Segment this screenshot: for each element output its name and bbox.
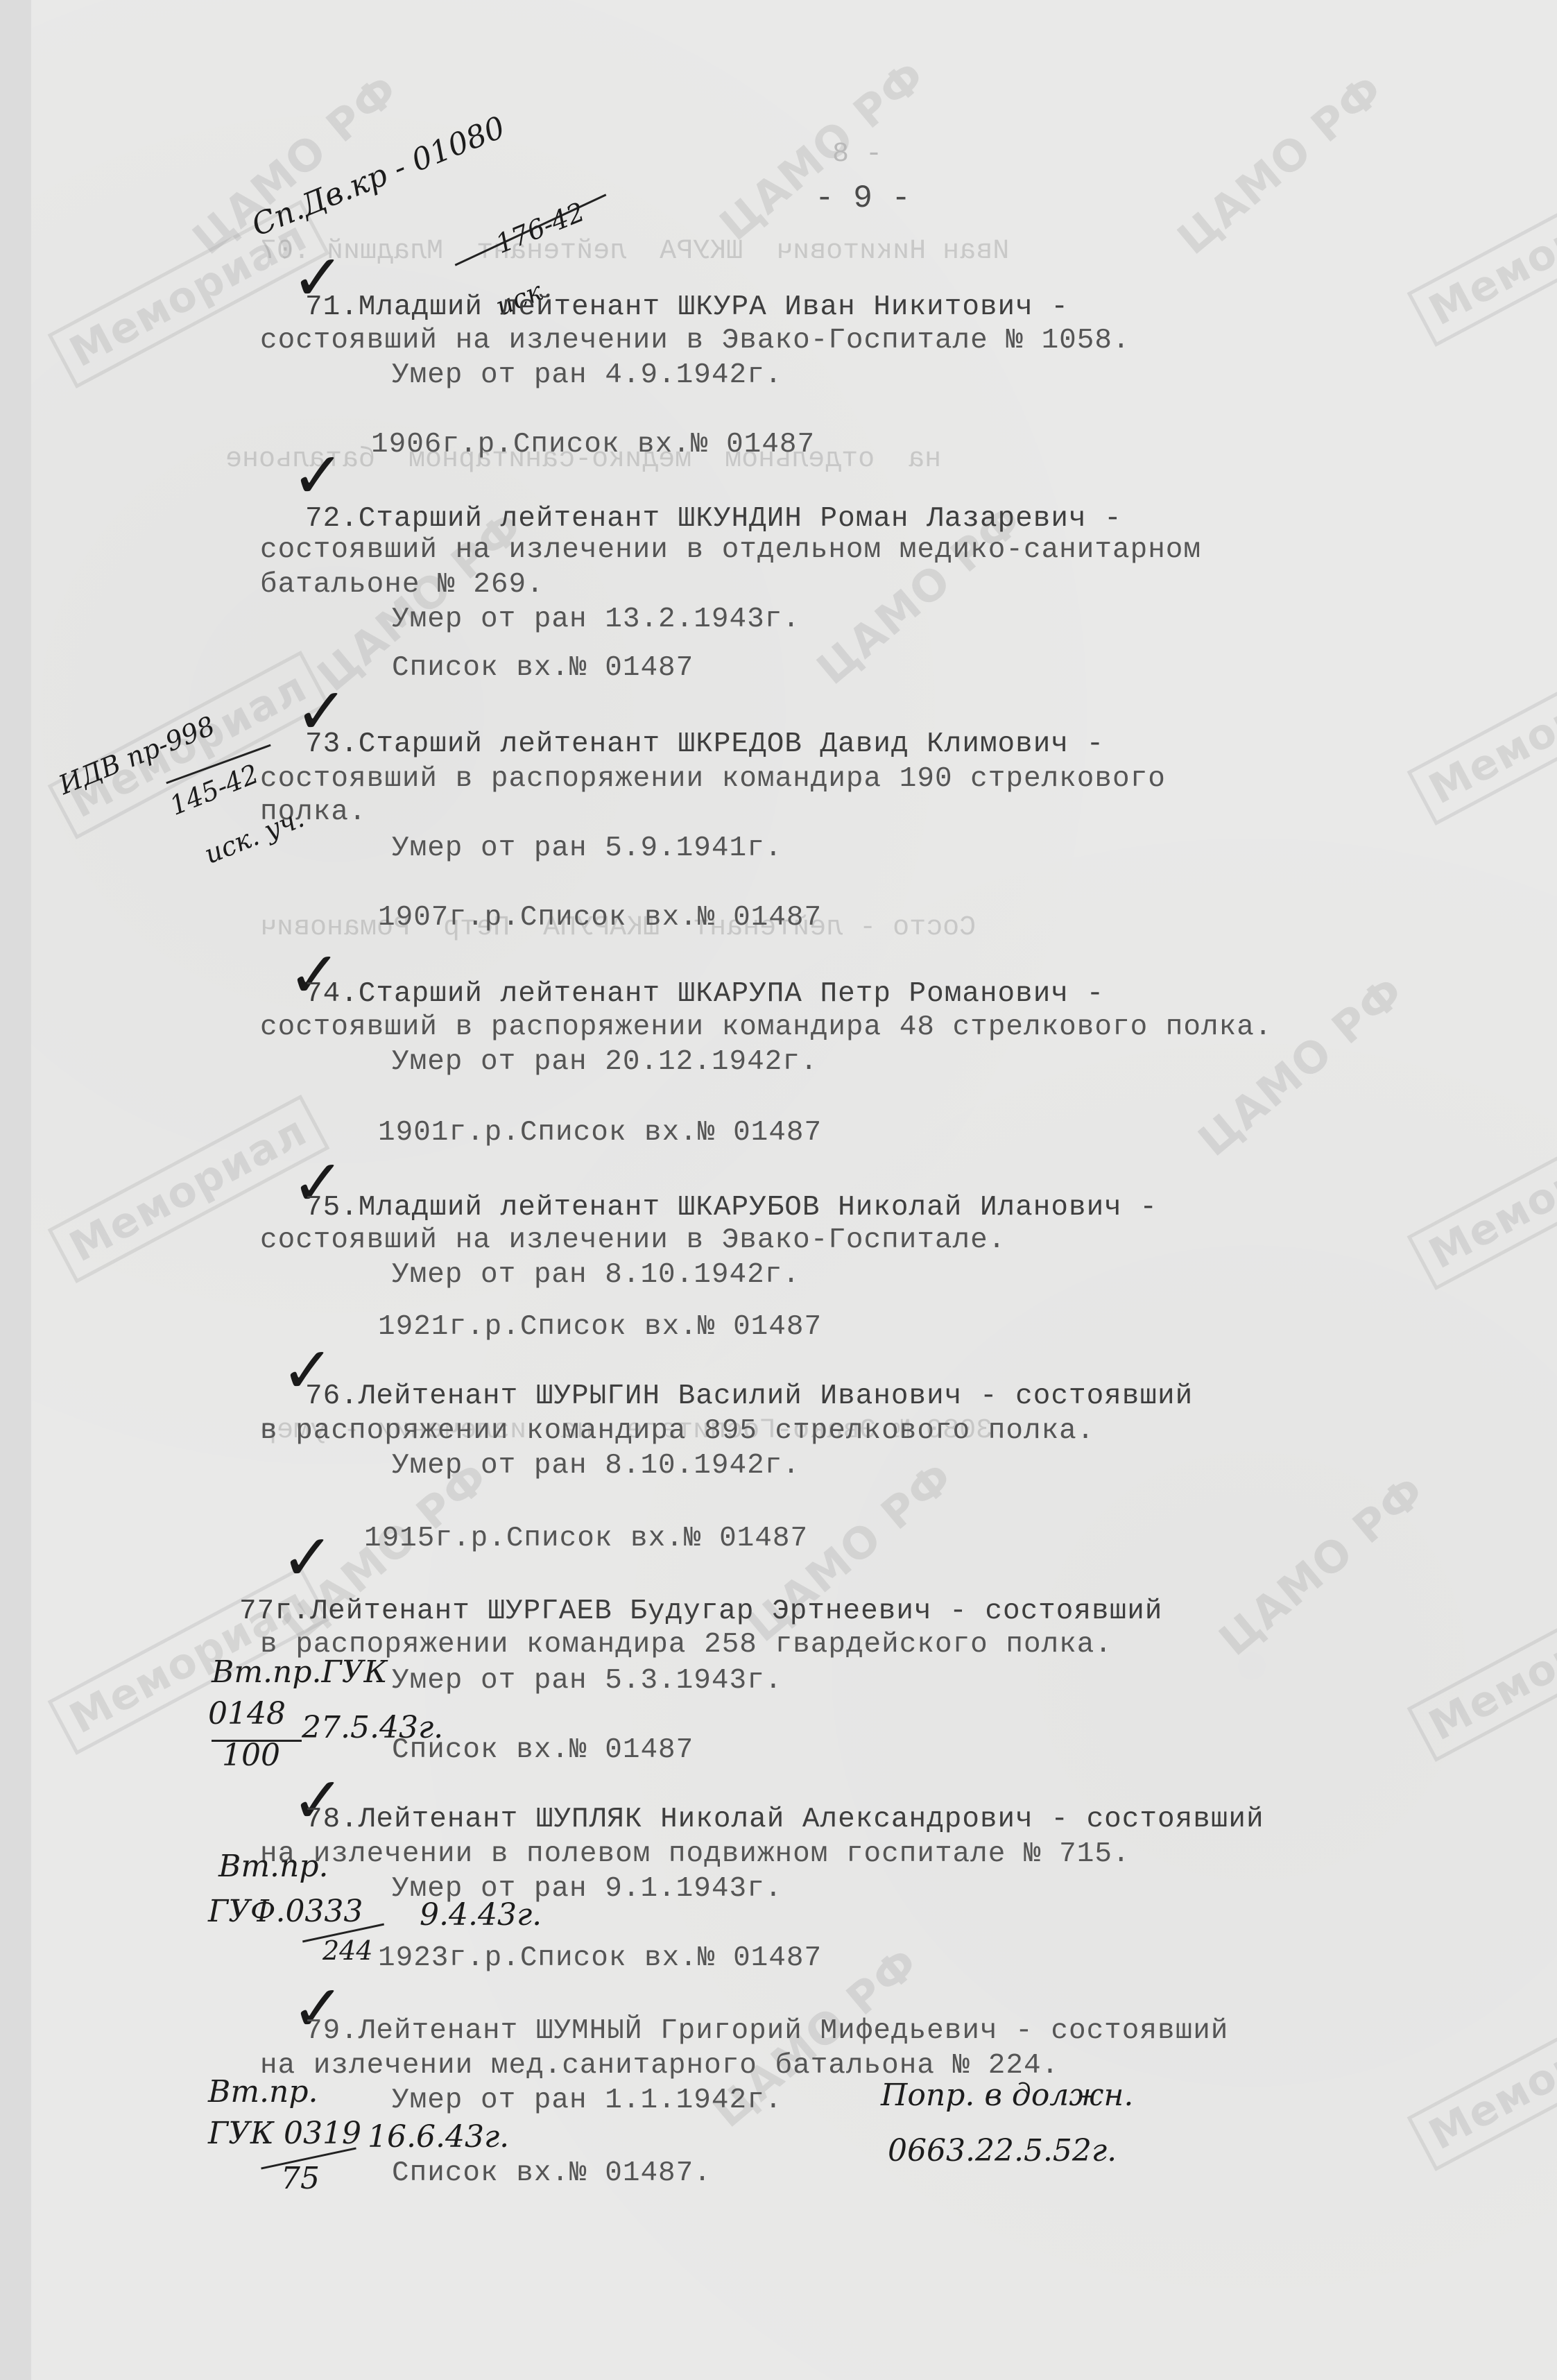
margin-note-79-correction-line2: 0663.22.5.52г. [888, 2133, 1117, 2168]
margin-note-79-line2: ГУК 0319 [208, 2116, 361, 2151]
entry-78-list: 1923г.р.Список вх.№ 01487 [378, 1942, 822, 1974]
watermark-archive: ЦАМО РФ [1210, 1465, 1435, 1666]
entry-72-died: Умер от ран 13.2.1943г. [392, 603, 800, 635]
watermark-project: Мемориал [1407, 158, 1557, 347]
watermark-archive: ЦАМО РФ [1189, 966, 1414, 1166]
entry-71-list: 1906г.р.Список вх.№ 01487 [371, 429, 815, 461]
watermark-project: Мемориал [1407, 637, 1557, 825]
entry-76-died: Умер от ран 8.10.1942г. [392, 1450, 800, 1482]
entry-74-list: 1901г.р.Список вх.№ 01487 [378, 1117, 822, 1149]
entry-75-line1: 75.Младший лейтенант ШКАРУБОВ Николай Ил… [305, 1192, 1158, 1224]
entry-77-died: Умер от ран 5.3.1943г. [392, 1665, 782, 1697]
entry-76-line1: 76.Лейтенант ШУРЫГИН Василий Иванович - … [305, 1380, 1193, 1412]
watermark-archive: ЦАМО РФ [710, 50, 936, 250]
entry-74-died: Умер от ран 20.12.1942г. [392, 1046, 818, 1078]
watermark-project: Мемориал [1407, 1102, 1557, 1290]
entry-76-list: 1915г.р.Список вх.№ 01487 [364, 1523, 808, 1555]
entry-73-line1: 73.Старший лейтенант ШКРЕДОВ Давид Климо… [305, 728, 1104, 760]
check-mark-icon: ✓ [291, 444, 345, 508]
margin-note-77-date: 27.5.43г. [302, 1710, 443, 1745]
margin-note-73-line2: 145-42 [166, 758, 263, 821]
entry-73-list: 1907г.р.Список вх.№ 01487 [378, 902, 822, 934]
entry-74-line1: 74.Старший лейтенант ШКАРУПА Петр Романо… [305, 978, 1104, 1010]
check-mark-icon: ✓ [281, 1526, 334, 1590]
entry-71-died: Умер от ран 4.9.1942г. [392, 359, 782, 391]
entry-79-line1: 79.Лейтенант ШУМНЫЙ Григорий Мифедьевич … [305, 2015, 1228, 2047]
entry-78-line1: 78.Лейтенант ШУПЛЯК Николай Александрови… [305, 1804, 1264, 1835]
entry-77-line1: 77г.Лейтенант ШУРГАЕВ Будугар Эртнеевич … [239, 1595, 1162, 1627]
margin-note-79-line1: Вт.пр. [208, 2074, 318, 2109]
entry-72-line2: состоявший на излечении в отдельном меди… [260, 534, 1201, 566]
margin-note-77-numerator: 0148 [208, 1696, 286, 1731]
entry-79-died: Умер от ран 1.1.1942г. [392, 2084, 782, 2116]
margin-note-79-denominator: 75 [281, 2161, 320, 2196]
entry-72-line1: 72.Старший лейтенант ШКУНДИН Роман Лазар… [305, 503, 1122, 535]
margin-note-77-line1: Вт.пр.ГУК [212, 1654, 388, 1690]
entry-72-line3: батальоне № 269. [260, 569, 544, 601]
page-number-faint: 8 - [832, 139, 882, 170]
margin-note-78-line2: ГУФ.0333 [208, 1894, 363, 1929]
entry-76-line2: в распоряжении командира 895 стрелкового… [260, 1415, 1094, 1447]
watermark-project: Мемориал [1407, 1983, 1557, 2171]
margin-note-79-date: 16.6.43г. [368, 2119, 509, 2155]
entry-78-line2: на излечении в полевом подвижном госпита… [260, 1838, 1130, 1870]
entry-75-line2: состоявший на излечении в Эвако-Госпитал… [260, 1224, 1006, 1256]
annotation-top-line1: Сп.Дв.кр - 01080 [247, 110, 510, 243]
page-number: - 9 - [815, 180, 911, 216]
entry-73-died: Умер от ран 5.9.1941г. [392, 832, 782, 864]
watermark-archive: ЦАМО РФ [1168, 64, 1393, 264]
entry-75-died: Умер от ран 8.10.1942г. [392, 1259, 800, 1291]
margin-note-73-line3: иск. уч. [200, 803, 309, 870]
margin-note-79-correction-line1: Попр. в должн. [881, 2078, 1133, 2113]
margin-note-78-denominator: 244 [322, 1935, 373, 1966]
entry-79-list: Список вх.№ 01487. [392, 2157, 712, 2189]
margin-note-78-date: 9.4.43г. [420, 1897, 542, 1933]
entry-73-line2: состоявший в распоряжении командира 190 … [260, 763, 1166, 795]
watermark-project: Мемориал [1407, 1573, 1557, 1762]
entry-74-line2: состоявший в распоряжении командира 48 с… [260, 1011, 1272, 1043]
entry-72-list: Список вх.№ 01487 [392, 652, 694, 684]
archive-page: ЦАМО РФ ЦАМО РФ ЦАМО РФ ЦАМО РФ ЦАМО РФ … [31, 0, 1557, 2380]
entry-77-line2: в распоряжении командира 258 гвардейског… [260, 1629, 1112, 1661]
entry-71-line2: состоявший на излечении в Эвако-Госпитал… [260, 325, 1130, 357]
entry-71-line1: 71.Младший лейтенант ШКУРА Иван Никитови… [305, 291, 1069, 323]
margin-note-78-line1: Вт.пр. [218, 1849, 329, 1884]
margin-note-77-denominator: 100 [222, 1738, 280, 1773]
entry-75-list: 1921г.р.Список вх.№ 01487 [378, 1311, 822, 1343]
